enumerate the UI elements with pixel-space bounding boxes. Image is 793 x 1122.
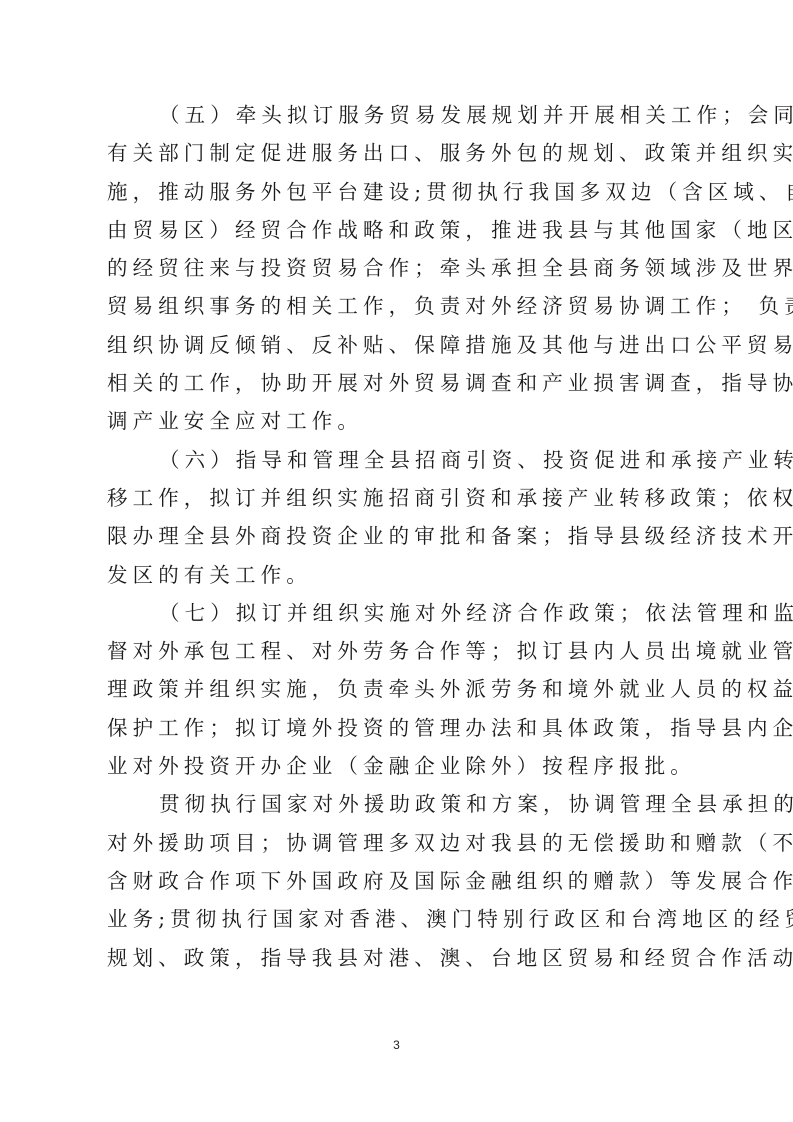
body-text: （五）牵头拟订服务贸易发展规划并开展相关工作；会同 有关部门制定促进服务出口、服… bbox=[107, 96, 687, 977]
page-number: 3 bbox=[0, 1038, 793, 1052]
text-line: 业对外投资开办企业（金融企业除外）按程序报批。 bbox=[107, 747, 687, 785]
text-line: 调产业安全应对工作。 bbox=[107, 402, 687, 440]
text-line: 理政策并组织实施，负责牵头外派劳务和境外就业人员的权益 bbox=[107, 670, 687, 708]
text-line: （六）指导和管理全县招商引资、投资促进和承接产业转 bbox=[107, 441, 687, 479]
text-line: （七）拟订并组织实施对外经济合作政策；依法管理和监 bbox=[107, 594, 687, 632]
text-line: 施，推动服务外包平台建设;贯彻执行我国多双边（含区域、自 bbox=[107, 173, 687, 211]
text-line: 移工作，拟订并组织实施招商引资和承接产业转移政策；依权 bbox=[107, 479, 687, 517]
text-line: 贸易组织事务的相关工作，负责对外经济贸易协调工作； 负责 bbox=[107, 287, 687, 325]
text-line: 督对外承包工程、对外劳务合作等；拟订县内人员出境就业管 bbox=[107, 632, 687, 670]
text-line: 的经贸往来与投资贸易合作；牵头承担全县商务领域涉及世界 bbox=[107, 249, 687, 287]
document-page: （五）牵头拟订服务贸易发展规划并开展相关工作；会同 有关部门制定促进服务出口、服… bbox=[0, 0, 793, 1122]
text-line: 贯彻执行国家对外援助政策和方案，协调管理全县承担的 bbox=[107, 785, 687, 823]
paragraph-item-5: （五）牵头拟订服务贸易发展规划并开展相关工作；会同 有关部门制定促进服务出口、服… bbox=[107, 96, 687, 441]
paragraph-item-6: （六）指导和管理全县招商引资、投资促进和承接产业转 移工作，拟订并组织实施招商引… bbox=[107, 441, 687, 594]
text-line: 含财政合作项下外国政府及国际金融组织的赠款）等发展合作 bbox=[107, 862, 687, 900]
text-line: 相关的工作，协助开展对外贸易调查和产业损害调查，指导协 bbox=[107, 364, 687, 402]
text-line: 由贸易区）经贸合作战略和政策，推进我县与其他国家（地区） bbox=[107, 211, 687, 249]
text-line: （五）牵头拟订服务贸易发展规划并开展相关工作；会同 bbox=[107, 96, 687, 134]
text-line: 保护工作；拟订境外投资的管理办法和具体政策，指导县内企 bbox=[107, 709, 687, 747]
paragraph-foreign-aid: 贯彻执行国家对外援助政策和方案，协调管理全县承担的 对外援助项目；协调管理多双边… bbox=[107, 785, 687, 976]
text-line: 规划、政策，指导我县对港、澳、台地区贸易和经贸合作活动， bbox=[107, 939, 687, 977]
text-line: 限办理全县外商投资企业的审批和备案；指导县级经济技术开 bbox=[107, 517, 687, 555]
text-line: 对外援助项目；协调管理多双边对我县的无偿援助和赠款（不 bbox=[107, 824, 687, 862]
paragraph-item-7: （七）拟订并组织实施对外经济合作政策；依法管理和监 督对外承包工程、对外劳务合作… bbox=[107, 594, 687, 785]
text-line: 发区的有关工作。 bbox=[107, 556, 687, 594]
text-line: 组织协调反倾销、反补贴、保障措施及其他与进出口公平贸易 bbox=[107, 326, 687, 364]
text-line: 有关部门制定促进服务出口、服务外包的规划、政策并组织实 bbox=[107, 134, 687, 172]
text-line: 业务;贯彻执行国家对香港、澳门特别行政区和台湾地区的经贸 bbox=[107, 900, 687, 938]
